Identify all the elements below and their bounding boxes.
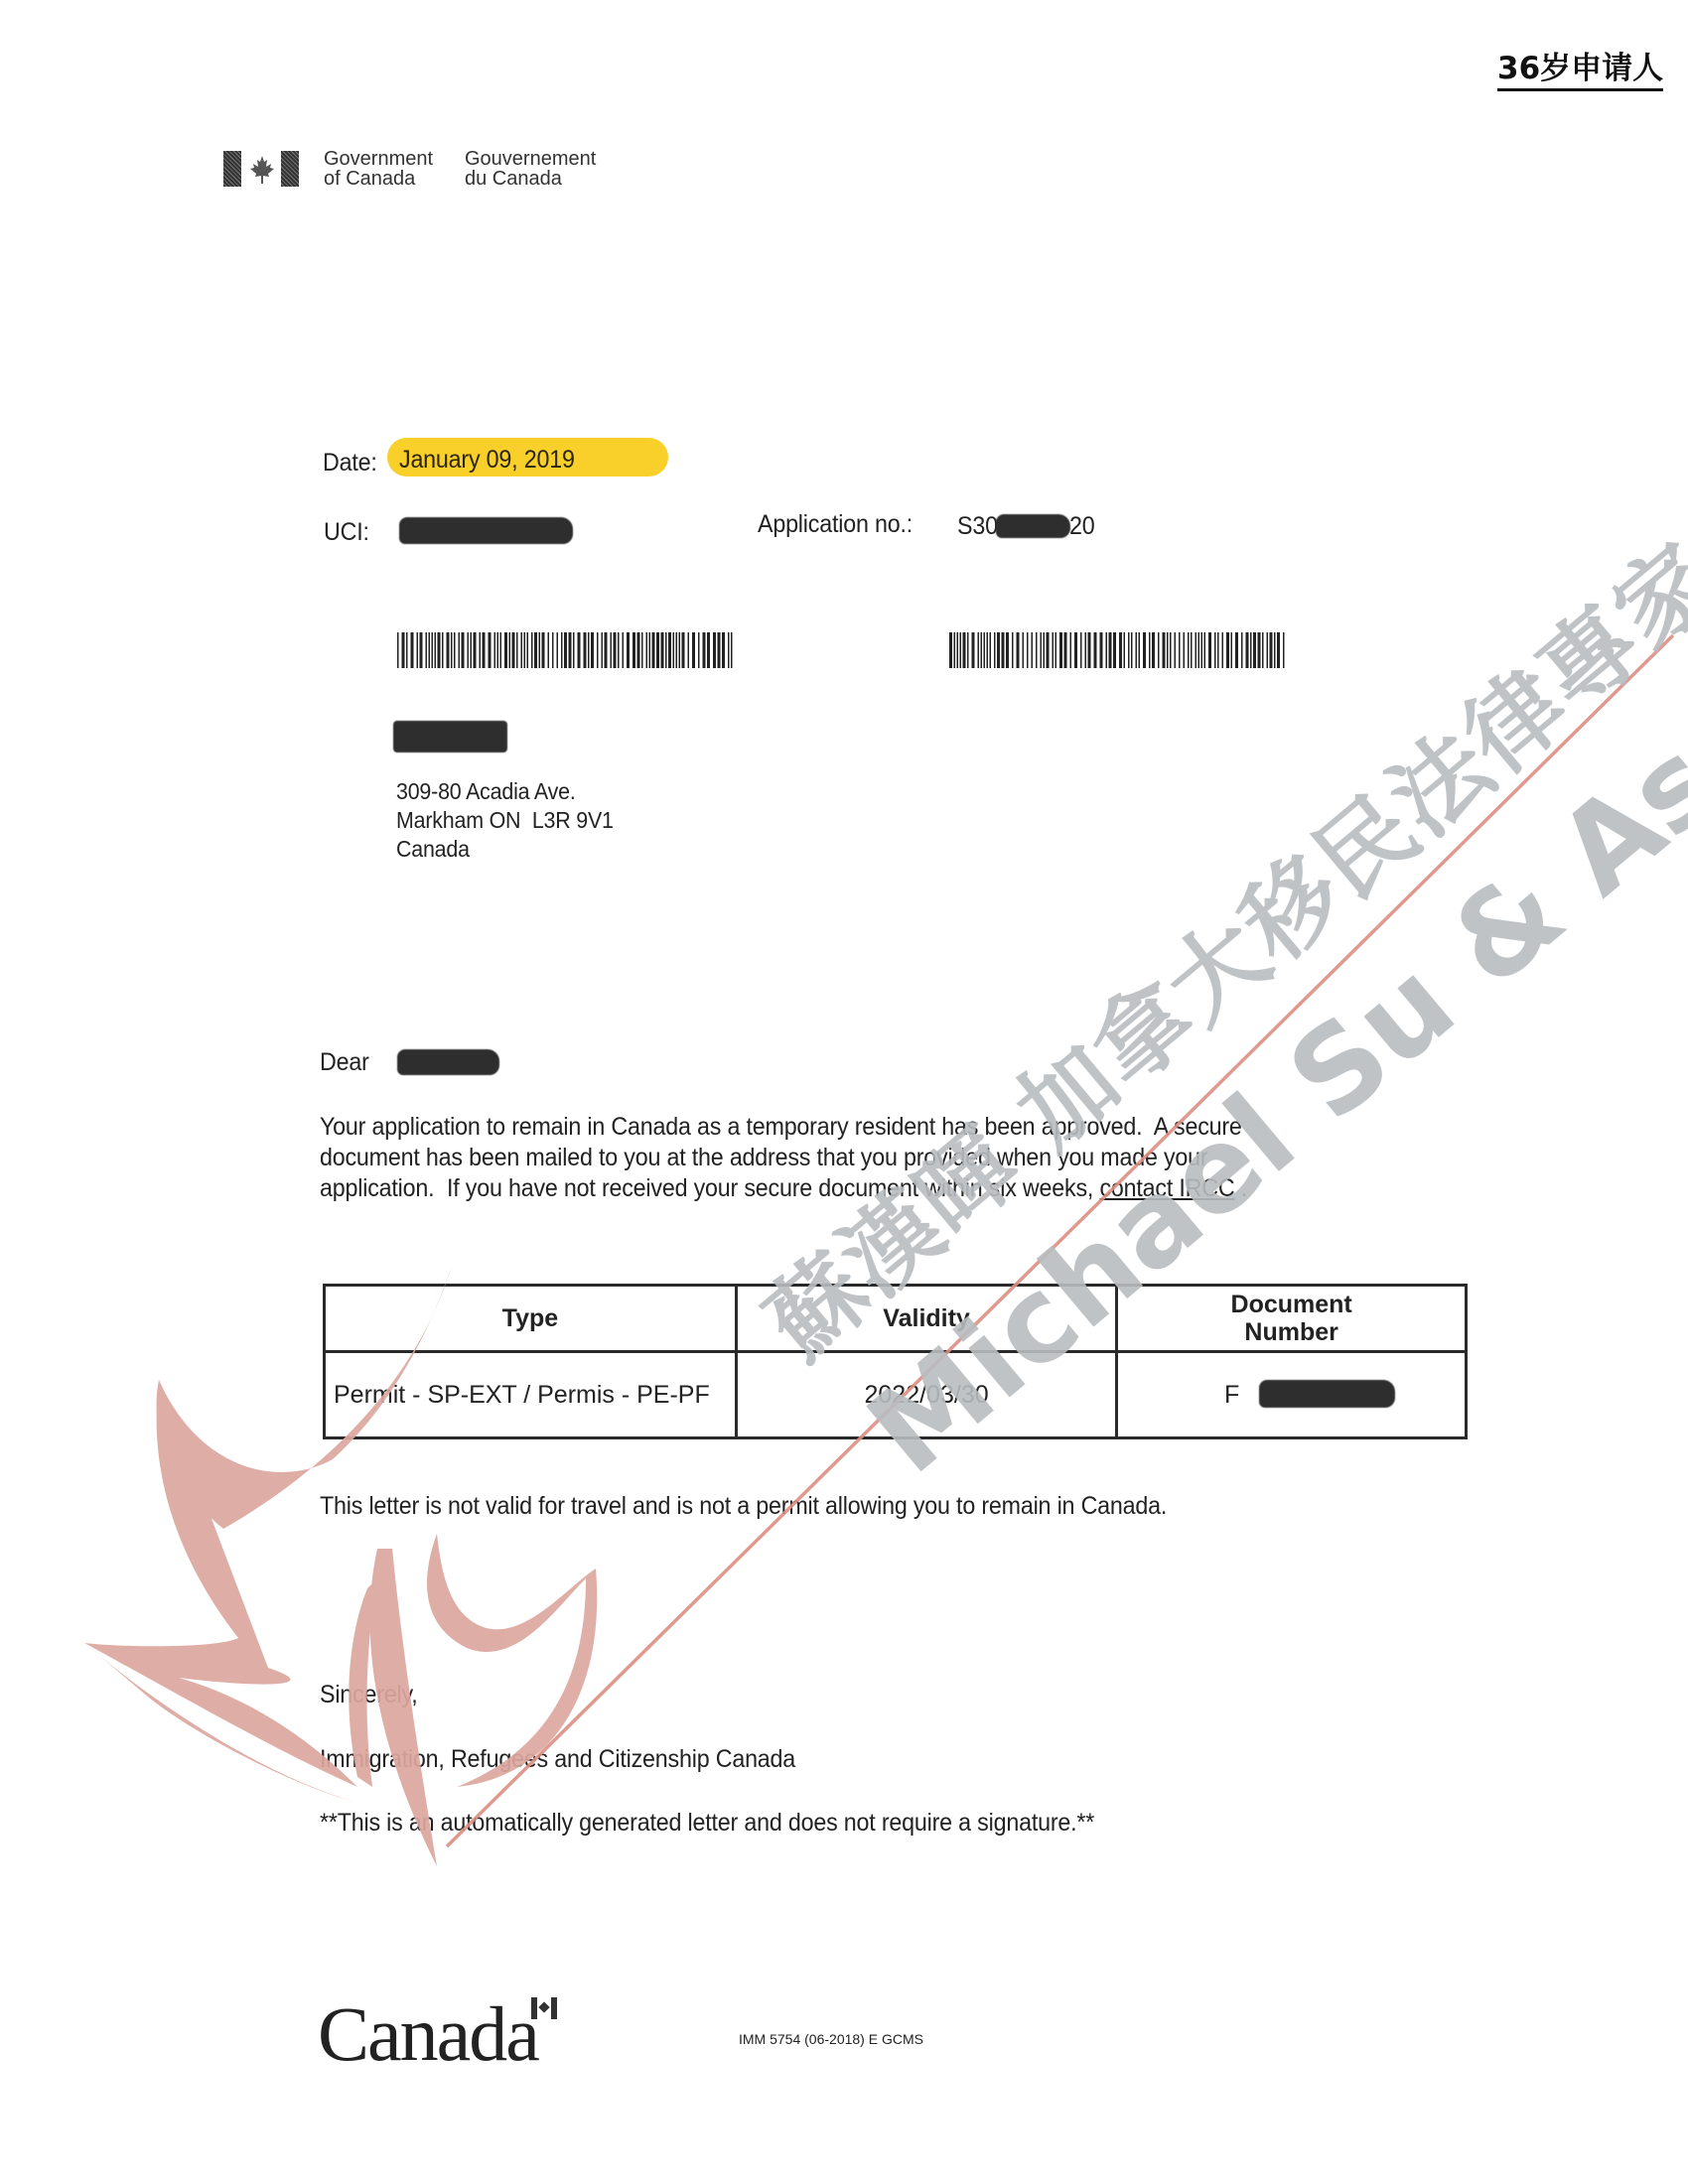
barcode-application [949,632,1287,668]
salutation-name-redaction [397,1049,499,1075]
header-document-number: Document Number [1117,1286,1467,1352]
body-line-3: application. If you have not received yo… [320,1173,1247,1204]
form-code: IMM 5754 (06-2018) E GCMS [739,2031,923,2047]
auto-generated-note: **This is an automatically generated let… [320,1808,1094,1838]
application-redaction [996,514,1070,538]
applicant-age-annotation: 36岁申请人 [1497,50,1663,91]
body-paragraph: Your application to remain in Canada as … [320,1112,1317,1204]
table-header-row: Type Validity Document Number [325,1286,1467,1352]
closing: Sincerely, [320,1680,418,1709]
recipient-name-redaction [393,721,507,752]
address-line-3: Canada [396,835,614,864]
gov-fr-line1: Gouvernement [465,149,596,169]
document-number-redaction [1259,1380,1395,1408]
uci-redaction [399,517,573,544]
date-label: Date: [323,448,377,478]
government-name-en: Government of Canada [324,149,433,189]
body-line-3-text: application. If you have not received yo… [320,1174,1093,1202]
canada-flag-icon [223,151,301,187]
address-line-1: 309-80 Acadia Ave. [396,777,614,806]
header-type: Type [325,1286,737,1352]
contact-ircc-link[interactable]: contact IRCC [1099,1174,1234,1202]
cell-type: Permit - SP-EXT / Permis - PE-PF [325,1352,737,1438]
gov-fr-line2: du Canada [465,169,596,189]
wordmark-flag-icon [531,1997,557,2021]
body-line-2: document has been mailed to you at the a… [320,1143,1247,1173]
canada-wordmark: Canada [318,1995,538,2073]
application-label: Application no.: [758,509,913,539]
permit-table: Type Validity Document Number Permit - S… [323,1284,1468,1439]
watermark-text: 蘇漢暉 加拿大移民法律專家 Michael Su & Associates [596,227,1508,993]
salutation: Dear [320,1047,369,1077]
barcode-uci [397,632,735,668]
travel-disclaimer: This letter is not valid for travel and … [320,1491,1167,1521]
body-line-3-suffix: . [1234,1174,1247,1202]
government-name-fr: Gouvernement du Canada [465,149,596,189]
application-prefix: S30 [957,511,998,541]
gov-en-line1: Government [324,149,433,169]
cell-validity: 2022/03/30 [736,1352,1116,1438]
gov-en-line2: of Canada [324,169,433,189]
table-row: Permit - SP-EXT / Permis - PE-PF 2022/03… [325,1352,1467,1438]
date-value: January 09, 2019 [399,445,575,475]
recipient-address: 309-80 Acadia Ave. Markham ON L3R 9V1 Ca… [396,777,630,864]
address-line-2: Markham ON L3R 9V1 [396,806,614,835]
maple-leaf-watermark-icon [0,0,1688,2184]
header-validity: Validity [736,1286,1116,1352]
body-line-1: Your application to remain in Canada as … [320,1112,1247,1143]
cell-document-number: F [1117,1352,1467,1438]
document-number-prefix: F [1224,1381,1239,1409]
application-suffix: 20 [1069,511,1095,541]
signatory: Immigration, Refugees and Citizenship Ca… [320,1744,795,1774]
uci-label: UCI: [324,517,369,547]
